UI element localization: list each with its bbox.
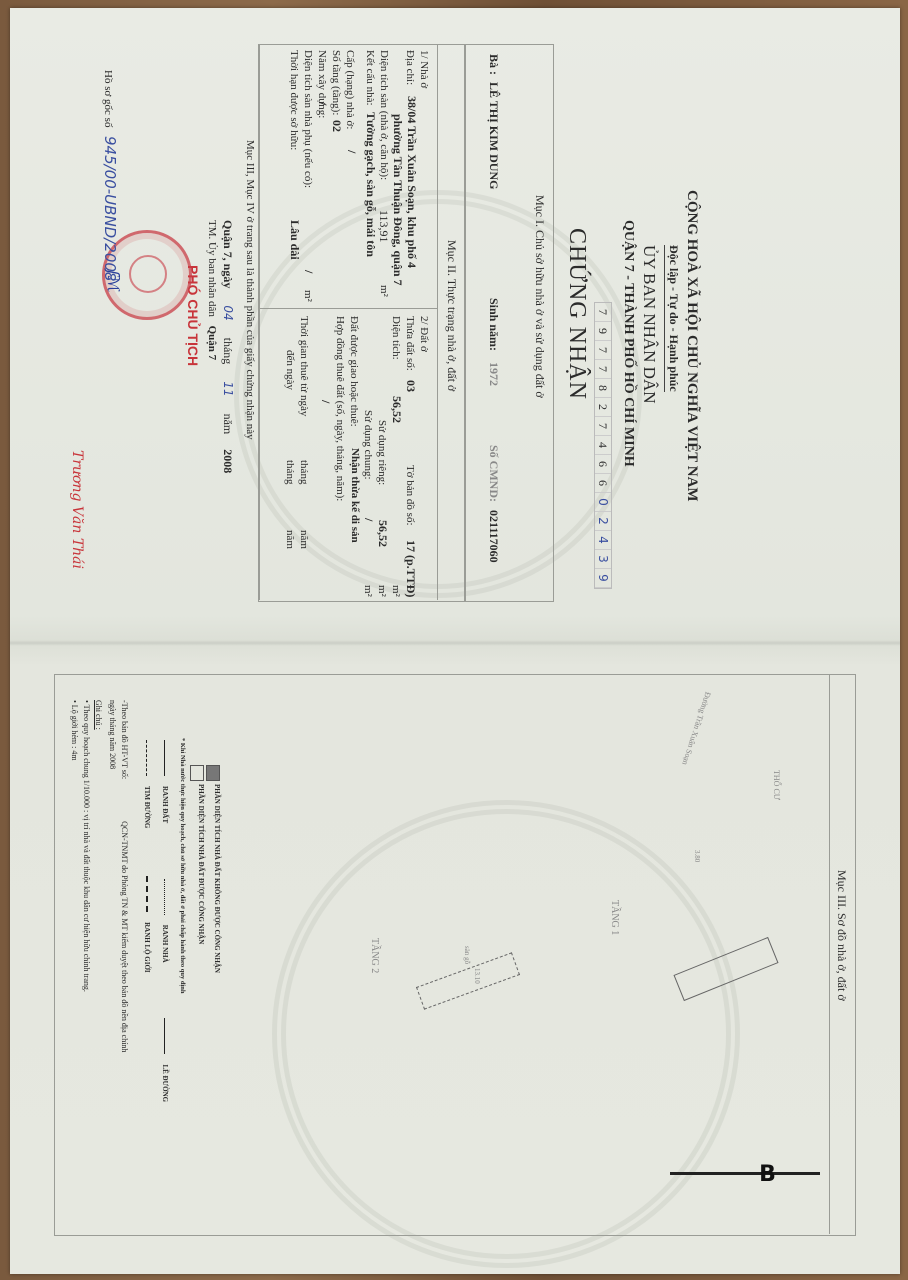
serial-digit: 7 — [595, 303, 611, 322]
serial-digit-handwritten: 4 — [595, 531, 611, 550]
lease-contract-label: Hợp đồng thuê đất (số, ngày, tháng, năm)… — [334, 316, 346, 501]
page-fold — [10, 640, 900, 646]
legend-le-duong: LỀ ĐƯỜNG — [161, 1064, 169, 1102]
built-year-value: / — [316, 102, 329, 105]
serial-digit-handwritten: 2 — [595, 512, 611, 531]
shared-use-value: / — [362, 518, 375, 521]
emblem-watermark — [272, 800, 740, 1268]
line-dashdot-icon — [146, 740, 147, 776]
serial-digit-handwritten: 0 — [595, 493, 611, 512]
serial-digit: 7 — [595, 417, 611, 436]
legend-not-recognized: PHẦN DIỆN TÍCH NHÀ ĐẤT KHÔNG ĐƯỢC CÔNG N… — [212, 784, 220, 973]
legend-recognized: PHẦN DIỆN TÍCH NHÀ ĐẤT ĐƯỢC CÔNG NHẬN — [196, 784, 204, 944]
lease-from-label: Thời gian thuê từ ngày — [298, 316, 310, 416]
district-name: QUẬN 7 - THÀNH PHỐ HỒ CHÍ MINH — [621, 220, 636, 467]
section2-column-divider — [260, 308, 438, 309]
shared-use-label: Sử dụng chung: — [362, 410, 374, 480]
line-dotted-icon — [164, 879, 165, 915]
issue-year: 2008 — [221, 449, 235, 473]
diagram-page: Mục III. Sơ đồ nhà ở, đất ở Đường Trần X… — [40, 670, 860, 1235]
neighbor-label: THỔ CƯ — [771, 770, 780, 800]
notes-heading: Ghi chú : — [93, 700, 102, 730]
legend-ranh-dat: RANH ĐẤT — [161, 786, 169, 823]
map-ref-label: -Theo bản đồ HT-VT số: — [120, 700, 129, 779]
diagram-header-divider — [829, 674, 830, 1234]
built-year-label: Năm xây dựng: — [316, 50, 328, 118]
floor2-label: TẦNG 2 — [369, 938, 380, 973]
serial-digit: 7 — [595, 341, 611, 360]
ownership-term-value: Lâu dài — [288, 220, 301, 260]
footer-divider — [259, 44, 260, 600]
serial-digit: 2 — [595, 398, 611, 417]
authority-name: ỦY BAN NHÂN DÂN — [639, 245, 658, 404]
map-sheet-label: Tờ bản đồ số: — [404, 465, 416, 526]
allocation-value: Nhận thừa kế di sản — [349, 448, 361, 543]
private-use-label: Sử dụng riêng: — [376, 420, 388, 485]
dimension-label: 3.80 — [692, 850, 700, 862]
floor-area-unit: m² — [378, 285, 390, 297]
lease-to-year-label: năm — [284, 530, 296, 549]
private-use-unit: m² — [376, 585, 388, 597]
legend-ranh-nha: RANH NHÀ — [161, 925, 169, 963]
section2-heading: Mục II. Thực trạng nhà ở, đất ở — [445, 240, 458, 391]
lease-from-year-label: năm — [298, 530, 310, 549]
room-label: sàn gỗ — [462, 946, 470, 964]
grade-label: Cấp (hạng) nhà ở: — [344, 50, 356, 129]
serial-digit: 6 — [595, 474, 611, 493]
private-use-value: 56,52 — [376, 520, 389, 547]
issue-month: 11 — [221, 381, 235, 396]
footer-note: Mục III, Mục IV ở trang sau là thành phầ… — [244, 140, 256, 440]
signer-name: Trương Văn Thái — [69, 450, 84, 569]
land-heading: 2/ Đất ở — [418, 316, 430, 352]
file-number: 945/00-UBND/2008 — [102, 136, 119, 281]
id-number: 021117060 — [487, 510, 500, 563]
lease-from-month-label: tháng — [298, 460, 310, 484]
floor-area-label: Diện tích sàn (nhà ở, căn hộ): — [378, 50, 390, 180]
serial-digit: 8 — [595, 379, 611, 398]
floor-area-value: 113,91 — [377, 210, 390, 243]
legend-tim-duong: TIM ĐƯỜNG — [143, 786, 151, 828]
address-line1: 38/04 Trần Xuân Soạn, khu phố 4 — [405, 96, 418, 268]
dimension-label: 13.10 — [472, 968, 480, 984]
serial-digit: 7 — [595, 360, 611, 379]
nation-title: CỘNG HOÀ XÃ HỘI CHỦ NGHĨA VIỆT NAM — [684, 190, 701, 502]
id-label: Số CMND: — [487, 445, 500, 502]
plan-note: • Theo quy hoạch chung 1/10.000 : vị trí… — [81, 700, 90, 992]
lease-to-label: đến ngày — [284, 350, 296, 390]
parcel-value: 03 — [404, 380, 417, 392]
land-area-unit: m² — [390, 585, 402, 597]
line-solid-icon — [164, 740, 165, 776]
on-behalf-place: Quận 7 — [206, 326, 218, 361]
document-title: CHỨNG NHẬN — [564, 228, 590, 400]
map-sheet-value: 17 (p.TTĐ) — [404, 540, 417, 597]
section2-header-divider — [437, 44, 438, 600]
lease-contract-value: / — [319, 400, 332, 403]
section1-heading: Mục I. Chủ sở hữu nhà ở và sử dụng đất ở — [533, 195, 546, 398]
lease-to-month-label: tháng — [284, 460, 296, 484]
structure-label: Kết cấu nhà: — [364, 50, 376, 106]
place-date-prefix: Quận 7, ngày — [221, 220, 235, 288]
address-line2: phường Tân Thuận Đông, quận 7 — [391, 114, 404, 286]
serial-digit-handwritten: 3 — [595, 550, 611, 569]
land-area-label: Diện tích: — [390, 316, 402, 360]
serial-digit: 4 — [595, 436, 611, 455]
planning-note: * Khi Nhà nước thực hiện quy hoạch, chủ … — [179, 738, 186, 994]
aux-area-label: Diện tích sàn nhà phụ (nếu có): — [302, 50, 314, 188]
north-arrow-icon — [670, 1172, 820, 1175]
owner-label: Bà : — [487, 54, 500, 75]
floors-label: Số tầng (tầng): — [330, 50, 342, 115]
setback-note: • Lộ giới hẻm : 4m — [69, 700, 78, 761]
parcel-label: Thửa đất số: — [404, 316, 416, 371]
aux-area-value: / — [302, 270, 315, 273]
map-ref: QCN-TNMT do Phòng TN & MT kiểm duyệt the… — [120, 821, 129, 1052]
month-label: tháng — [221, 338, 235, 365]
serial-digit-handwritten: 9 — [595, 569, 611, 588]
on-behalf-label: TM. Ủy ban nhân dân — [206, 220, 218, 317]
map-date-line: ngày tháng năm 2008 — [107, 700, 116, 769]
legend-recognized-swatch — [190, 765, 204, 781]
land-area-value: 56,52 — [390, 396, 403, 423]
structure-value: Tường gạch, sàn gỗ, mái tôn — [364, 112, 377, 257]
owner-name: LÊ THỊ KIM DUNG — [487, 82, 500, 189]
floors-value: 02 — [330, 120, 343, 132]
motto: Độc lập - Tự do - Hạnh phúc — [664, 245, 680, 392]
legend-not-recognized-swatch — [206, 765, 220, 781]
line-solid-icon — [164, 1018, 165, 1054]
floor1-label: TẦNG 1 — [609, 900, 620, 935]
file-label: Hồ sơ gốc số — [102, 70, 114, 127]
serial-number: 797782746602439 — [594, 302, 612, 589]
grade-value: / — [345, 150, 358, 153]
serial-digit: 6 — [595, 455, 611, 474]
diagram-heading: Mục III. Sơ đồ nhà ở, đất ở — [835, 870, 848, 1001]
house-heading: 1/ Nhà ở — [418, 50, 430, 88]
year-label: năm — [221, 414, 235, 435]
legend-ranh-lo-gioi: RANH LỘ GIỚI — [143, 922, 151, 973]
ownership-term-label: Thời hạn được sở hữu: — [288, 50, 300, 150]
certificate-front-page: CỘNG HOÀ XÃ HỘI CHỦ NGHĨA VIỆT NAM Độc l… — [40, 40, 712, 605]
address-label: Địa chỉ: — [404, 50, 416, 85]
allocation-label: Đất được giao hoặc thuê: — [348, 316, 360, 427]
line-dashed-icon — [146, 876, 148, 912]
aux-area-unit: m² — [302, 290, 314, 302]
shared-use-unit: m² — [362, 585, 374, 597]
north-marker: B — [759, 1162, 776, 1187]
issue-day: 04 — [221, 305, 235, 320]
serial-digit: 9 — [595, 322, 611, 341]
birth-year: 1972 — [487, 362, 500, 386]
birth-label: Sinh năm: — [487, 298, 500, 351]
